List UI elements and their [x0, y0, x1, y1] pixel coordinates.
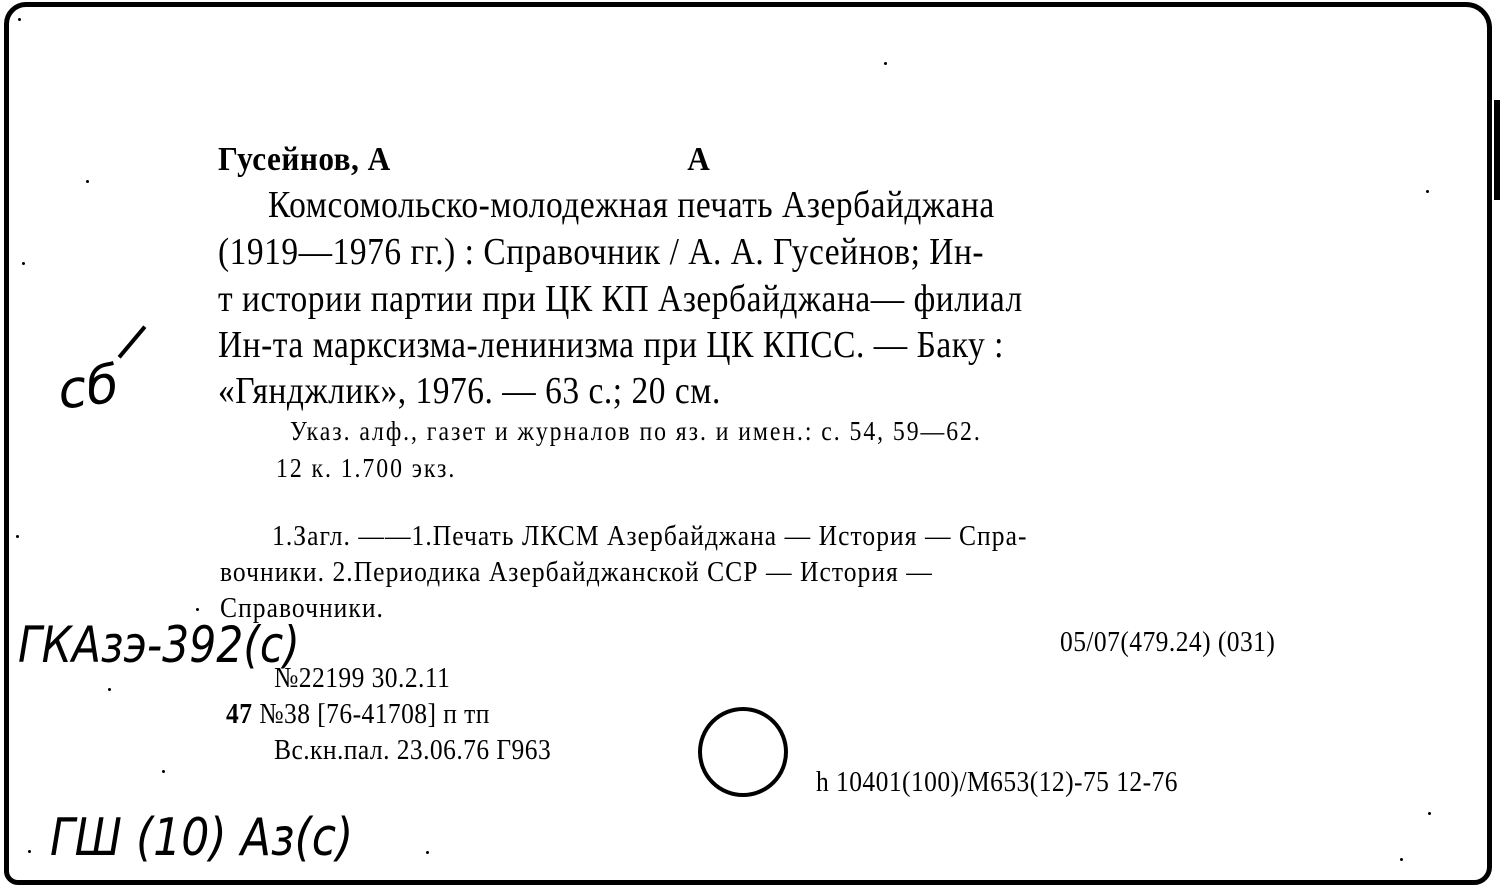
print-code: h 10401(100)/М653(12)-75 12-76 [816, 768, 1178, 797]
registry-line-2-text: №38 [76-41708] п тп [259, 698, 490, 730]
registry-number: 47 [226, 698, 252, 730]
description-line: (1919—1976 гг.) : Справочник / А. А. Гус… [218, 233, 984, 271]
tracing-line: 1.Загл. ——1.Печать ЛКСМ Азербайджана — И… [272, 522, 1028, 551]
handwritten-margin-mark: сб [55, 358, 122, 418]
punch-hole-circle [698, 707, 788, 797]
handwritten-shelf-mark-2: ГШ (10) Аз(с) [50, 812, 353, 864]
scan-speck [1400, 858, 1403, 861]
note-line: 12 к. 1.700 экз. [276, 455, 456, 482]
scan-speck [1428, 812, 1431, 815]
scan-speck [28, 850, 31, 853]
scan-speck [22, 262, 25, 265]
description-line: Ин-та марксизма-ленинизма при ЦК КПСС. —… [218, 326, 1004, 364]
tracing-line: вочники. 2.Периодика Азербайджанской ССР… [220, 558, 933, 587]
author-second-initial: А [687, 143, 710, 177]
registry-line-2: 47 №38 [76-41708] п тп [226, 700, 490, 729]
scan-speck [196, 608, 199, 611]
scan-speck [86, 180, 89, 183]
description-line: Комсомольско-молодежная печать Азербайдж… [268, 186, 995, 224]
description-line: т истории партии при ЦК КП Азербайджана—… [218, 280, 1023, 318]
scan-speck [162, 770, 165, 773]
registry-line-1: №22199 30.2.11 [274, 664, 450, 693]
scan-speck [18, 18, 21, 21]
author-name: Гусейнов, А [218, 141, 391, 178]
scan-speck [884, 62, 887, 65]
scan-speck [1426, 190, 1429, 193]
author-heading: Гусейнов, А А [218, 143, 391, 177]
scan-speck [108, 688, 111, 691]
card-edge-shadow [1494, 100, 1500, 200]
handwritten-shelf-mark-1: ГКАзэ-392(с) [18, 620, 300, 670]
note-line: Указ. алф., газет и журналов по яз. и им… [290, 418, 982, 445]
scan-speck [16, 535, 19, 538]
description-line: «Гянджлик», 1976. — 63 с.; 20 см. [218, 372, 721, 410]
scan-speck [426, 851, 429, 854]
registry-line-3: Вс.кн.пал. 23.06.76 Г963 [274, 736, 551, 765]
classification-code: 05/07(479.24) (031) [1060, 628, 1275, 657]
